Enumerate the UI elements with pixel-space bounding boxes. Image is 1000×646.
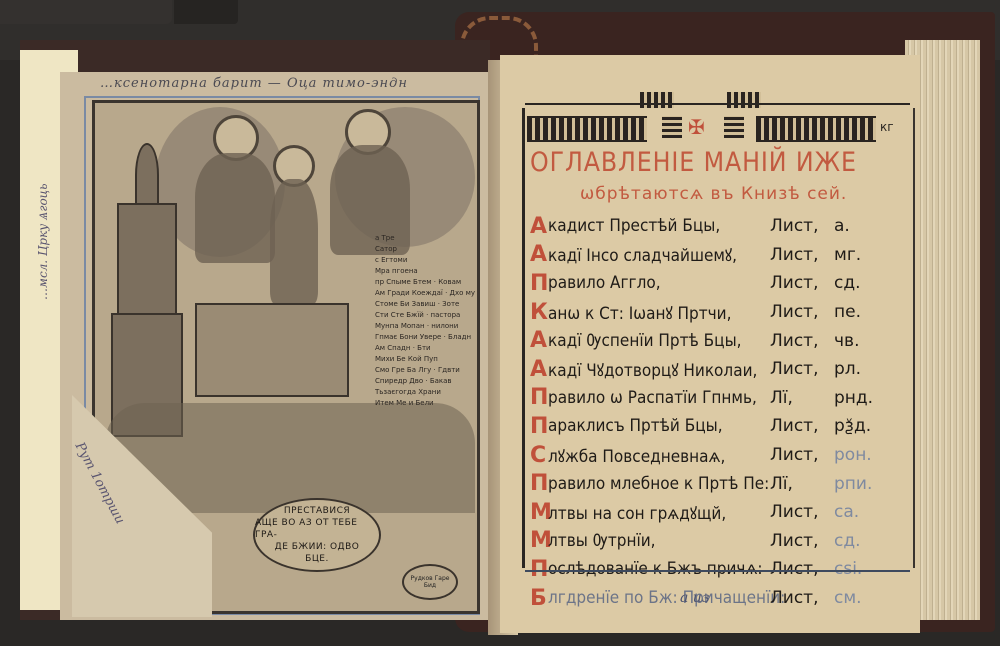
handwritten-side-note: …мсл. Црку Ѧгоць bbox=[36, 183, 51, 300]
background-tab bbox=[174, 0, 238, 24]
toc-row: Акадї Інсо сладчайшемꙋ,Лист,мг. bbox=[530, 241, 902, 270]
handwritten-bottom-note: а из bbox=[680, 590, 709, 606]
ornament bbox=[640, 92, 674, 108]
toc-row: Правило ѡ Распатїи Гпнмь,Лї,рнд. bbox=[530, 384, 902, 413]
toc-row: Акадї Ѹспенїи Пртѣ Бцы,Лист,чв. bbox=[530, 326, 902, 355]
toc-row: Параклисъ Пртѣй Бцы,Лист,рѯд. bbox=[530, 412, 902, 441]
ornament bbox=[727, 92, 761, 108]
toc-row: Млтвы Ѹтрнїи,Лист,сд. bbox=[530, 527, 902, 556]
toc-row: Блгдренїе по Бж: Причащенїи:Лист,см. bbox=[530, 584, 902, 613]
toc-row: Слꙋжба Повседневнаѧ,Лист,рон. bbox=[530, 441, 902, 470]
page-frame-top bbox=[525, 103, 910, 105]
church-tower bbox=[107, 143, 187, 443]
toc-row: Канѡ к Ст: Іѡанꙋ Пртчи,Лист,пе. bbox=[530, 298, 902, 327]
toc-row: Млтвы на сон грѧдꙋщй,Лист,са. bbox=[530, 498, 902, 527]
toc-row: Акадї Чꙋдотворцꙋ Николаи,Лист,рл. bbox=[530, 355, 902, 384]
city-wall bbox=[195, 303, 349, 397]
page-title: ОГЛАВЛЕНІЕ МАНІЙ ИЖЕ bbox=[530, 148, 847, 178]
toc-row: Правило млебное к Пртѣ Пе:Лї,рпи. bbox=[530, 469, 902, 498]
page-subtitle: ѡбрѣтаютсѧ въ Книзѣ сей. bbox=[580, 184, 847, 204]
handwritten-inscription-top: …ксенотарна барит — Оца тимо-эндн bbox=[100, 76, 408, 91]
woodcut-caption-oval: ПРЕСТАВИСЯ АЩЕ ВО АЗ ОТ ТЕБЕ ГРА- ДЕ БЖИ… bbox=[253, 498, 381, 572]
toc-row: Правило Аггло,Лист,сд. bbox=[530, 269, 902, 298]
woodcut-stamp-oval: Рудков Гаре Бид bbox=[402, 564, 458, 600]
figure-theotokos bbox=[270, 179, 318, 304]
toc-row: Акадист Престѣй Бцы,Лист,а. bbox=[530, 212, 902, 241]
page-frame-bottom bbox=[525, 570, 910, 572]
background-tab bbox=[0, 0, 172, 24]
figure-christ bbox=[195, 153, 275, 263]
woodcut-side-text: а Тре Сатор с Егтоми Мра пгоена пр Спыме… bbox=[375, 233, 475, 409]
table-of-contents: Акадист Престѣй Бцы,Лист,а. Акадї Інсо с… bbox=[530, 212, 902, 612]
